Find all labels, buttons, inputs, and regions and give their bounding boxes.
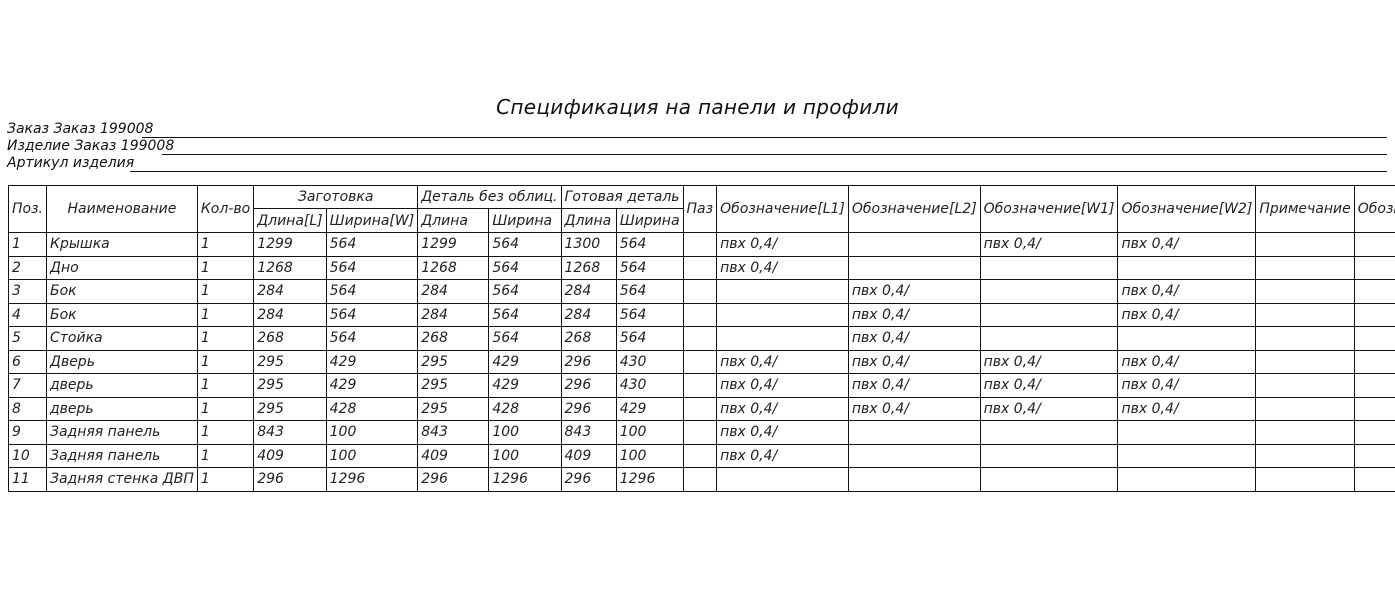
cell-blank-length: 843 bbox=[254, 421, 326, 445]
cell-name: Задняя панель bbox=[47, 421, 198, 445]
cell-pos: 8 bbox=[9, 397, 47, 421]
cell-final-length: 843 bbox=[561, 421, 616, 445]
cell-final-length: 284 bbox=[561, 280, 616, 304]
cell-edge-w2: пвх 0,4/ bbox=[1118, 233, 1256, 257]
cell-raw-width: 429 bbox=[489, 350, 561, 374]
cell-groove bbox=[683, 256, 717, 280]
cell-qty: 1 bbox=[197, 327, 253, 351]
cell-edge-w2 bbox=[1118, 327, 1256, 351]
cell-blank-width: 100 bbox=[326, 421, 418, 445]
header-qty: Кол-во bbox=[197, 186, 253, 233]
cell-name: Бок bbox=[47, 280, 198, 304]
header-edge-w1: Обозначение[W1] bbox=[980, 186, 1118, 233]
table-row: 4Бок1284564284564284564пвх 0,4/пвх 0,4/ bbox=[9, 303, 1395, 327]
cell-groove bbox=[683, 444, 717, 468]
cell-code bbox=[1354, 280, 1395, 304]
cell-blank-length: 296 bbox=[254, 468, 326, 492]
cell-note bbox=[1256, 256, 1354, 280]
cell-blank-width: 428 bbox=[326, 397, 418, 421]
cell-edge-w1 bbox=[980, 421, 1118, 445]
cell-edge-l2 bbox=[848, 421, 980, 445]
cell-blank-length: 284 bbox=[254, 303, 326, 327]
header-final-width: Ширина bbox=[616, 209, 683, 233]
cell-blank-length: 284 bbox=[254, 280, 326, 304]
cell-note bbox=[1256, 421, 1354, 445]
cell-pos: 7 bbox=[9, 374, 47, 398]
table-row: 1Крышка1129956412995641300564пвх 0,4/пвх… bbox=[9, 233, 1395, 257]
cell-edge-l2 bbox=[848, 444, 980, 468]
cell-code bbox=[1354, 327, 1395, 351]
cell-raw-width: 100 bbox=[489, 444, 561, 468]
cell-code bbox=[1354, 233, 1395, 257]
cell-final-length: 284 bbox=[561, 303, 616, 327]
cell-note bbox=[1256, 468, 1354, 492]
table-row: 10Задняя панель1409100409100409100пвх 0,… bbox=[9, 444, 1395, 468]
header-row-1: Поз. Наименование Кол-во Заготовка Детал… bbox=[9, 186, 1395, 209]
cell-blank-length: 409 bbox=[254, 444, 326, 468]
header-raw-length: Длина bbox=[418, 209, 489, 233]
cell-qty: 1 bbox=[197, 256, 253, 280]
cell-pos: 3 bbox=[9, 280, 47, 304]
cell-final-length: 1268 bbox=[561, 256, 616, 280]
cell-qty: 1 bbox=[197, 303, 253, 327]
cell-note bbox=[1256, 397, 1354, 421]
cell-raw-width: 564 bbox=[489, 233, 561, 257]
article-line: Артикул изделия bbox=[7, 155, 1387, 172]
cell-raw-length: 295 bbox=[418, 397, 489, 421]
cell-edge-l2: пвх 0,4/ bbox=[848, 397, 980, 421]
header-name: Наименование bbox=[47, 186, 198, 233]
cell-groove bbox=[683, 374, 717, 398]
cell-code bbox=[1354, 303, 1395, 327]
table-row: 5Стойка1268564268564268564пвх 0,4/ bbox=[9, 327, 1395, 351]
cell-note bbox=[1256, 374, 1354, 398]
table-row: 8дверь1295428295428296429пвх 0,4/пвх 0,4… bbox=[9, 397, 1395, 421]
table-row: 11Задняя стенка ДВП129612962961296296129… bbox=[9, 468, 1395, 492]
header-blank-group: Заготовка bbox=[254, 186, 418, 209]
cell-raw-width: 429 bbox=[489, 374, 561, 398]
cell-note bbox=[1256, 303, 1354, 327]
cell-qty: 1 bbox=[197, 421, 253, 445]
cell-edge-w1: пвх 0,4/ bbox=[980, 397, 1118, 421]
cell-qty: 1 bbox=[197, 468, 253, 492]
cell-name: Бок bbox=[47, 303, 198, 327]
cell-qty: 1 bbox=[197, 397, 253, 421]
header-blank-length: Длина[L] bbox=[254, 209, 326, 233]
cell-final-width: 564 bbox=[616, 256, 683, 280]
cell-final-width: 564 bbox=[616, 280, 683, 304]
cell-raw-length: 409 bbox=[418, 444, 489, 468]
cell-pos: 4 bbox=[9, 303, 47, 327]
header-blank-width: Ширина[W] bbox=[326, 209, 418, 233]
cell-qty: 1 bbox=[197, 280, 253, 304]
cell-code bbox=[1354, 421, 1395, 445]
cell-edge-l2: пвх 0,4/ bbox=[848, 350, 980, 374]
cell-blank-width: 429 bbox=[326, 374, 418, 398]
header-note: Примечание bbox=[1256, 186, 1354, 233]
cell-raw-length: 1299 bbox=[418, 233, 489, 257]
cell-raw-width: 100 bbox=[489, 421, 561, 445]
cell-edge-w2 bbox=[1118, 468, 1256, 492]
cell-edge-w1 bbox=[980, 468, 1118, 492]
table-row: 6Дверь1295429295429296430пвх 0,4/пвх 0,4… bbox=[9, 350, 1395, 374]
cell-blank-width: 564 bbox=[326, 233, 418, 257]
cell-blank-width: 1296 bbox=[326, 468, 418, 492]
cell-name: Стойка bbox=[47, 327, 198, 351]
cell-edge-w1 bbox=[980, 444, 1118, 468]
cell-edge-l1: пвх 0,4/ bbox=[717, 421, 849, 445]
order-label: Заказ Заказ 199008 bbox=[7, 121, 154, 137]
table-row: 7дверь1295429295429296430пвх 0,4/пвх 0,4… bbox=[9, 374, 1395, 398]
cell-blank-length: 295 bbox=[254, 374, 326, 398]
cell-edge-w1 bbox=[980, 256, 1118, 280]
cell-note bbox=[1256, 350, 1354, 374]
cell-edge-w2: пвх 0,4/ bbox=[1118, 350, 1256, 374]
cell-final-length: 296 bbox=[561, 468, 616, 492]
cell-raw-width: 564 bbox=[489, 303, 561, 327]
cell-blank-length: 295 bbox=[254, 350, 326, 374]
cell-raw-length: 296 bbox=[418, 468, 489, 492]
cell-groove bbox=[683, 350, 717, 374]
spec-table-body: 1Крышка1129956412995641300564пвх 0,4/пвх… bbox=[9, 233, 1395, 492]
cell-raw-length: 1268 bbox=[418, 256, 489, 280]
cell-groove bbox=[683, 327, 717, 351]
cell-note bbox=[1256, 444, 1354, 468]
cell-final-length: 296 bbox=[561, 374, 616, 398]
cell-edge-l1: пвх 0,4/ bbox=[717, 444, 849, 468]
cell-note bbox=[1256, 233, 1354, 257]
cell-blank-length: 1299 bbox=[254, 233, 326, 257]
cell-blank-width: 429 bbox=[326, 350, 418, 374]
cell-pos: 9 bbox=[9, 421, 47, 445]
header-raw-group: Деталь без облиц. bbox=[418, 186, 561, 209]
cell-pos: 5 bbox=[9, 327, 47, 351]
cell-code bbox=[1354, 468, 1395, 492]
cell-groove bbox=[683, 280, 717, 304]
cell-edge-w2: пвх 0,4/ bbox=[1118, 397, 1256, 421]
cell-final-length: 1300 bbox=[561, 233, 616, 257]
cell-final-width: 100 bbox=[616, 421, 683, 445]
cell-groove bbox=[683, 397, 717, 421]
cell-blank-length: 1268 bbox=[254, 256, 326, 280]
cell-raw-length: 295 bbox=[418, 374, 489, 398]
cell-edge-w2 bbox=[1118, 444, 1256, 468]
cell-final-width: 564 bbox=[616, 303, 683, 327]
cell-code bbox=[1354, 350, 1395, 374]
cell-raw-width: 1296 bbox=[489, 468, 561, 492]
cell-name: Дверь bbox=[47, 350, 198, 374]
cell-final-width: 430 bbox=[616, 374, 683, 398]
cell-blank-length: 295 bbox=[254, 397, 326, 421]
cell-edge-l2: пвх 0,4/ bbox=[848, 280, 980, 304]
cell-final-width: 564 bbox=[616, 327, 683, 351]
header-groove: Паз bbox=[683, 186, 717, 233]
article-underline bbox=[130, 171, 1387, 172]
cell-edge-l1 bbox=[717, 468, 849, 492]
cell-qty: 1 bbox=[197, 374, 253, 398]
cell-blank-width: 564 bbox=[326, 303, 418, 327]
cell-edge-w2 bbox=[1118, 421, 1256, 445]
cell-edge-l1: пвх 0,4/ bbox=[717, 256, 849, 280]
header-raw-width: Ширина bbox=[489, 209, 561, 233]
cell-edge-w1 bbox=[980, 327, 1118, 351]
cell-final-length: 268 bbox=[561, 327, 616, 351]
cell-edge-l1: пвх 0,4/ bbox=[717, 374, 849, 398]
cell-edge-l2 bbox=[848, 256, 980, 280]
header-edge-l1: Обозначение[L1] bbox=[717, 186, 849, 233]
cell-note bbox=[1256, 280, 1354, 304]
table-row: 9Задняя панель1843100843100843100пвх 0,4… bbox=[9, 421, 1395, 445]
cell-name: Дно bbox=[47, 256, 198, 280]
cell-raw-length: 284 bbox=[418, 303, 489, 327]
cell-edge-l2: пвх 0,4/ bbox=[848, 327, 980, 351]
cell-pos: 1 bbox=[9, 233, 47, 257]
document-title: Спецификация на панели и профили bbox=[0, 95, 1395, 119]
cell-edge-l1 bbox=[717, 303, 849, 327]
cell-edge-w2: пвх 0,4/ bbox=[1118, 374, 1256, 398]
cell-edge-l2 bbox=[848, 468, 980, 492]
cell-name: дверь bbox=[47, 397, 198, 421]
cell-groove bbox=[683, 468, 717, 492]
cell-raw-width: 564 bbox=[489, 256, 561, 280]
product-line: Изделие Заказ 199008 bbox=[7, 138, 1387, 155]
cell-name: Крышка bbox=[47, 233, 198, 257]
cell-code bbox=[1354, 256, 1395, 280]
table-row: 2Дно1126856412685641268564пвх 0,4/ bbox=[9, 256, 1395, 280]
header-pos: Поз. bbox=[9, 186, 47, 233]
cell-raw-length: 268 bbox=[418, 327, 489, 351]
cell-name: Задняя панель bbox=[47, 444, 198, 468]
cell-groove bbox=[683, 421, 717, 445]
cell-code bbox=[1354, 397, 1395, 421]
cell-raw-length: 843 bbox=[418, 421, 489, 445]
header-edge-w2: Обозначение[W2] bbox=[1118, 186, 1256, 233]
cell-qty: 1 bbox=[197, 233, 253, 257]
header-final-length: Длина bbox=[561, 209, 616, 233]
cell-groove bbox=[683, 233, 717, 257]
cell-final-length: 296 bbox=[561, 350, 616, 374]
cell-final-width: 564 bbox=[616, 233, 683, 257]
cell-pos: 2 bbox=[9, 256, 47, 280]
cell-pos: 10 bbox=[9, 444, 47, 468]
cell-edge-l2: пвх 0,4/ bbox=[848, 303, 980, 327]
cell-edge-w1: пвх 0,4/ bbox=[980, 374, 1118, 398]
cell-raw-width: 564 bbox=[489, 280, 561, 304]
cell-blank-width: 564 bbox=[326, 327, 418, 351]
cell-final-width: 429 bbox=[616, 397, 683, 421]
cell-final-length: 296 bbox=[561, 397, 616, 421]
cell-final-width: 1296 bbox=[616, 468, 683, 492]
cell-edge-w1 bbox=[980, 280, 1118, 304]
cell-pos: 11 bbox=[9, 468, 47, 492]
header-edge-l2: Обозначение[L2] bbox=[848, 186, 980, 233]
cell-edge-w1 bbox=[980, 303, 1118, 327]
spec-table: Поз. Наименование Кол-во Заготовка Детал… bbox=[8, 185, 1395, 492]
cell-edge-w1: пвх 0,4/ bbox=[980, 350, 1118, 374]
cell-name: дверь bbox=[47, 374, 198, 398]
cell-edge-w2: пвх 0,4/ bbox=[1118, 280, 1256, 304]
cell-final-width: 430 bbox=[616, 350, 683, 374]
cell-final-length: 409 bbox=[561, 444, 616, 468]
cell-qty: 1 bbox=[197, 350, 253, 374]
header-final-group: Готовая деталь bbox=[561, 186, 683, 209]
article-label: Артикул изделия bbox=[7, 155, 135, 171]
cell-code bbox=[1354, 374, 1395, 398]
cell-edge-l1 bbox=[717, 280, 849, 304]
order-line: Заказ Заказ 199008 bbox=[7, 121, 1387, 138]
cell-final-width: 100 bbox=[616, 444, 683, 468]
cell-qty: 1 bbox=[197, 444, 253, 468]
cell-blank-width: 564 bbox=[326, 280, 418, 304]
cell-groove bbox=[683, 303, 717, 327]
cell-raw-width: 564 bbox=[489, 327, 561, 351]
cell-note bbox=[1256, 327, 1354, 351]
cell-blank-length: 268 bbox=[254, 327, 326, 351]
cell-edge-w2 bbox=[1118, 256, 1256, 280]
cell-code bbox=[1354, 444, 1395, 468]
cell-edge-w1: пвх 0,4/ bbox=[980, 233, 1118, 257]
cell-edge-l2: пвх 0,4/ bbox=[848, 374, 980, 398]
cell-raw-width: 428 bbox=[489, 397, 561, 421]
cell-edge-w2: пвх 0,4/ bbox=[1118, 303, 1256, 327]
header-code: Обозн. bbox=[1354, 186, 1395, 233]
cell-raw-length: 295 bbox=[418, 350, 489, 374]
cell-edge-l1: пвх 0,4/ bbox=[717, 350, 849, 374]
cell-edge-l1 bbox=[717, 327, 849, 351]
table-row: 3Бок1284564284564284564пвх 0,4/пвх 0,4/ bbox=[9, 280, 1395, 304]
cell-raw-length: 284 bbox=[418, 280, 489, 304]
cell-edge-l1: пвх 0,4/ bbox=[717, 397, 849, 421]
cell-blank-width: 564 bbox=[326, 256, 418, 280]
cell-edge-l1: пвх 0,4/ bbox=[717, 233, 849, 257]
product-label: Изделие Заказ 199008 bbox=[7, 138, 175, 154]
cell-edge-l2 bbox=[848, 233, 980, 257]
cell-pos: 6 bbox=[9, 350, 47, 374]
cell-name: Задняя стенка ДВП bbox=[47, 468, 198, 492]
cell-blank-width: 100 bbox=[326, 444, 418, 468]
